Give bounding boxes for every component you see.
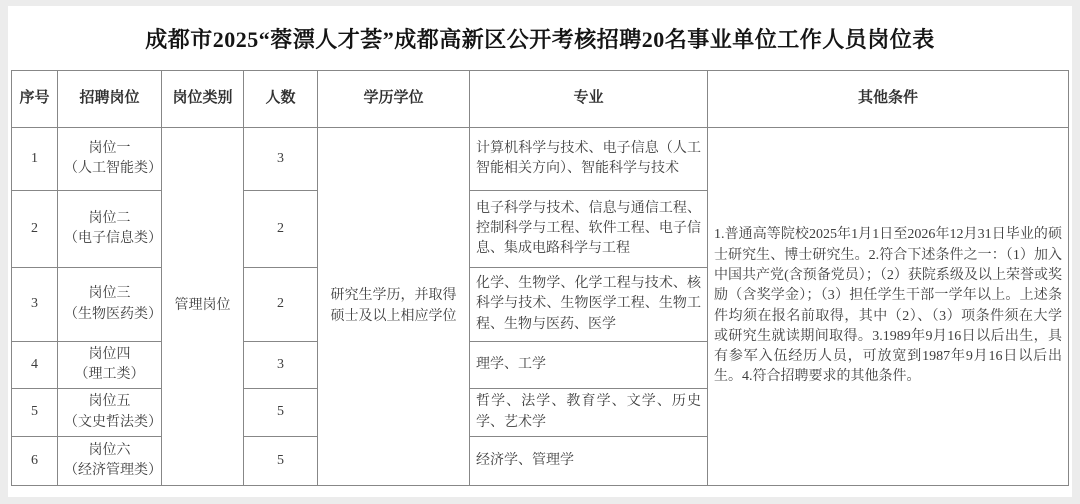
row-count: 3 (244, 342, 318, 389)
row-major: 电子科学与技术、信息与通信工程、控制科学与工程、软件工程、电子信息、集成电路科学… (470, 191, 708, 268)
row-position: 岗位二 （电子信息类） (58, 191, 162, 268)
row-no: 3 (12, 268, 58, 342)
row-no: 2 (12, 191, 58, 268)
row-count: 5 (244, 437, 318, 486)
row-major: 计算机科学与技术、电子信息（人工智能相关方向）、智能科学与技术 (470, 128, 708, 191)
row-major: 哲学、法学、教育学、文学、历史学、艺术学 (470, 389, 708, 437)
page-title: 成都市2025“蓉漂人才荟”成都高新区公开考核招聘20名事业单位工作人员岗位表 (8, 6, 1072, 70)
header-other: 其他条件 (708, 71, 1069, 128)
position-type: （生物医药类） (64, 305, 155, 325)
row-position: 岗位四 （理工类） (58, 342, 162, 389)
position-name: 岗位二 (64, 209, 155, 229)
row-no: 1 (12, 128, 58, 191)
header-degree: 学历学位 (318, 71, 470, 128)
row-position: 岗位六 （经济管理类） (58, 437, 162, 486)
header-no: 序号 (12, 71, 58, 128)
merged-degree-cell: 研究生学历，并取得硕士及以上相应学位 (318, 128, 470, 486)
merged-category-cell: 管理岗位 (162, 128, 244, 486)
position-type: （文史哲法类） (64, 413, 155, 433)
row-position: 岗位一 （人工智能类） (58, 128, 162, 191)
position-name: 岗位一 (64, 139, 155, 159)
job-positions-table: 序号 招聘岗位 岗位类别 人数 学历学位 专业 其他条件 1 岗位一 （人工智能… (11, 70, 1069, 486)
row-count: 3 (244, 128, 318, 191)
row-count: 5 (244, 389, 318, 437)
row-position: 岗位五 （文史哲法类） (58, 389, 162, 437)
document-page: 成都市2025“蓉漂人才荟”成都高新区公开考核招聘20名事业单位工作人员岗位表 … (8, 6, 1072, 497)
position-name: 岗位六 (64, 441, 155, 461)
row-major: 经济学、管理学 (470, 437, 708, 486)
row-major: 化学、生物学、化学工程与技术、核科学与技术、生物医学工程、生物工程、生物与医药、… (470, 268, 708, 342)
merged-other-conditions-cell: 1.普通高等院校2025年1月1日至2026年12月31日毕业的硕士研究生、博士… (708, 128, 1069, 486)
header-count: 人数 (244, 71, 318, 128)
position-type: （电子信息类） (64, 229, 155, 249)
header-category: 岗位类别 (162, 71, 244, 128)
header-position: 招聘岗位 (58, 71, 162, 128)
row-position: 岗位三 （生物医药类） (58, 268, 162, 342)
position-type: （经济管理类） (64, 461, 155, 481)
header-major: 专业 (470, 71, 708, 128)
row-no: 4 (12, 342, 58, 389)
position-name: 岗位四 (64, 345, 155, 365)
row-count: 2 (244, 268, 318, 342)
position-name: 岗位五 (64, 392, 155, 412)
screenshot-canvas: 成都市2025“蓉漂人才荟”成都高新区公开考核招聘20名事业单位工作人员岗位表 … (0, 0, 1080, 504)
table-row: 1 岗位一 （人工智能类） 管理岗位 3 研究生学历，并取得硕士及以上相应学位 … (12, 128, 1069, 191)
position-name: 岗位三 (64, 284, 155, 304)
position-type: （人工智能类） (64, 159, 155, 179)
row-no: 5 (12, 389, 58, 437)
row-count: 2 (244, 191, 318, 268)
row-no: 6 (12, 437, 58, 486)
row-major: 理学、工学 (470, 342, 708, 389)
header-row: 序号 招聘岗位 岗位类别 人数 学历学位 专业 其他条件 (12, 71, 1069, 128)
position-type: （理工类） (64, 365, 155, 385)
